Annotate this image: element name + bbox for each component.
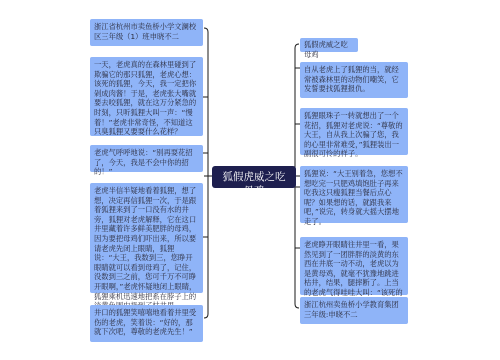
root-node[interactable]: 狐假虎威之吃母鸡 bbox=[212, 166, 296, 188]
node-text: 自从老虎上了狐狸的当，就经常被森林里的动物们嘲笑，它发誓要找狐狸报仇。 bbox=[304, 65, 399, 93]
right-node-6[interactable]: 浙江杭州卖鱼桥小学教育集团三年级:申晓不二 bbox=[300, 297, 408, 324]
node-text: 一天，老虎真的在森林里碰到了欺骗它的那只狐狸，老虎心想：该死的狐狸，今天，我一定… bbox=[94, 60, 196, 136]
right-node-3[interactable]: 狐狸眼珠子一转就想出了一个花招，狐狸对老虎说：“尊敬的大王，自从我上次骗了您，我… bbox=[300, 108, 408, 155]
left-node-5[interactable]: 井口的狐狸笑嘻嘻地看着井里受伤的老虎，笑着说：“好的，那就下次吧，尊敬的老虎先生… bbox=[90, 305, 203, 342]
node-text: 浙江省杭州市卖鱼桥小学文澜校区三年级（1）班申晓不二 bbox=[94, 22, 196, 41]
left-node-1[interactable]: 浙江省杭州市卖鱼桥小学文澜校区三年级（1）班申晓不二 bbox=[90, 19, 203, 46]
right-node-2[interactable]: 自从老虎上了狐狸的当，就经常被森林里的动物们嘲笑，它发誓要找狐狸报仇。 bbox=[300, 62, 408, 98]
right-node-1[interactable]: 狐假虎威之吃母鸡 bbox=[300, 38, 358, 52]
right-node-5[interactable]: 老虎睁开眼睛往井里一看，果然见到了一团胖胖的淡黄的东西在井底一动不动，老虎以为是… bbox=[300, 237, 408, 295]
node-text: 老虎气呼呼地说：“别再耍花招了，今天，我是不会中你的招的！” bbox=[94, 148, 193, 176]
node-text: 狐狸眼珠子一转就想出了一个花招，狐狸对老虎说：“尊敬的大王，自从我上次骗了您，我… bbox=[304, 111, 403, 158]
node-text: 浙江杭州卖鱼桥小学教育集团三年级:申晓不二 bbox=[304, 300, 399, 319]
left-node-3[interactable]: 老虎气呼呼地说：“别再耍花招了，今天，我是不会中你的招的！” bbox=[90, 145, 203, 172]
node-text: 井口的狐狸笑嘻嘻地看着井里受伤的老虎，笑着说：“好的，那就下次吧，尊敬的老虎先生… bbox=[94, 308, 196, 336]
node-text: 狐狸说：“大王别着急，您想不想吃完一只肥鸡填饱肚子再来吃我这只瘦狐狸当餐后点心呢… bbox=[304, 169, 403, 226]
left-node-4[interactable]: 老虎半信半疑地看着狐狸，想了想，决定再信狐狸一次，于是跟着狐狸来到了一口没有水的… bbox=[90, 183, 203, 293]
right-node-4[interactable]: 狐狸说：“大王别着急，您想不想吃完一只肥鸡填饱肚子再来吃我这只瘦狐狸当餐后点心呢… bbox=[300, 166, 408, 223]
left-node-2[interactable]: 一天，老虎真的在森林里碰到了欺骗它的那只狐狸，老虎心想：该死的狐狸，今天，我一定… bbox=[90, 57, 203, 136]
node-text: 老虎半信半疑地看着狐狸，想了想，决定再信狐狸一次，于是跟着狐狸来到了一口没有水的… bbox=[94, 186, 196, 310]
